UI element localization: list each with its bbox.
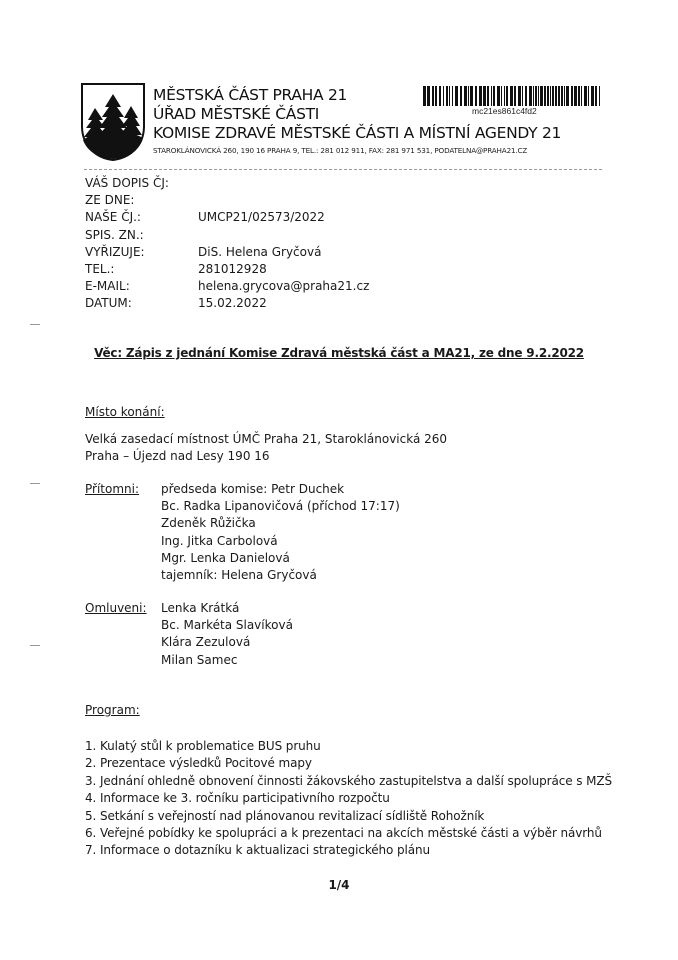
excused-name: Lenka Krátká [161,600,293,617]
org-name-line-2: ÚŘAD MĚSTSKÉ ČÁSTI [153,105,319,123]
excused-name: Klára Zezulová [161,634,293,651]
program-item: 6. Veřejné pobídky ke spolupráci a k pre… [85,825,612,842]
program-list: 1. Kulatý stůl k problematice BUS pruhu2… [85,738,612,860]
excused-list: Lenka KrátkáBc. Markéta SlavíkováKlára Z… [161,600,293,669]
org-name-line-3: KOMISE ZDRAVÉ MĚSTSKÉ ČÁSTI A MÍSTNÍ AGE… [153,124,561,142]
reference-row: SPIS. ZN.: [85,227,369,244]
reference-value: 15.02.2022 [198,295,267,312]
attendee-name: předseda komise: Petr Duchek [161,481,400,498]
reference-label: NAŠE ČJ.: [85,209,198,226]
program-item: 2. Prezentace výsledků Pocitové mapy [85,755,612,772]
reference-label: TEL.: [85,261,198,278]
reference-label: VÁŠ DOPIS ČJ: [85,175,198,192]
reference-label: DATUM: [85,295,198,312]
program-item: 5. Setkání s veřejností nad plánovanou r… [85,808,612,825]
reference-row: VYŘIZUJE:DiS. Helena Gryčová [85,244,369,261]
scan-mark [30,324,40,325]
attendee-name: tajemník: Helena Gryčová [161,567,400,584]
program-label: Program: [85,703,140,717]
reference-row: VÁŠ DOPIS ČJ: [85,175,369,192]
reference-block: VÁŠ DOPIS ČJ:ZE DNE:NAŠE ČJ.:UMCP21/0257… [85,175,369,313]
attendees-section: Přítomni: předseda komise: Petr DuchekBc… [85,481,400,584]
program-item: 1. Kulatý stůl k problematice BUS pruhu [85,738,612,755]
scan-mark [30,645,40,646]
reference-value: helena.grycova@praha21.cz [198,278,369,295]
program-item: 4. Informace ke 3. ročníku participativn… [85,790,612,807]
coat-of-arms-logo-icon [80,82,146,162]
reference-value: 281012928 [198,261,267,278]
place-line: Praha – Újezd nad Lesy 190 16 [85,448,447,465]
program-item: 7. Informace o dotazníku k aktualizaci s… [85,842,612,859]
reference-label: ZE DNE: [85,192,198,209]
excused-name: Milan Samec [161,652,293,669]
attendees-label: Přítomni: [85,481,161,584]
subject-heading: Věc: Zápis z jednání Komise Zdravá městs… [0,346,678,360]
attendee-name: Zdeněk Růžička [161,515,400,532]
reference-row: E-MAIL:helena.grycova@praha21.cz [85,278,369,295]
reference-row: NAŠE ČJ.:UMCP21/02573/2022 [85,209,369,226]
excused-section: Omluveni: Lenka KrátkáBc. Markéta Slavík… [85,600,293,669]
reference-row: DATUM:15.02.2022 [85,295,369,312]
reference-row: TEL.:281012928 [85,261,369,278]
attendee-name: Bc. Radka Lipanovičová (příchod 17:17) [161,498,400,515]
attendee-name: Ing. Jitka Carbolová [161,533,400,550]
reference-row: ZE DNE: [85,192,369,209]
place-address: Velká zasedací místnost ÚMČ Praha 21, St… [85,431,447,465]
place-line: Velká zasedací místnost ÚMČ Praha 21, St… [85,431,447,448]
attendees-list: předseda komise: Petr DuchekBc. Radka Li… [161,481,400,584]
place-label: Místo konání: [85,405,165,419]
reference-value: UMCP21/02573/2022 [198,209,325,226]
reference-value: DiS. Helena Gryčová [198,244,321,261]
reference-label: VYŘIZUJE: [85,244,198,261]
attendee-name: Mgr. Lenka Danielová [161,550,400,567]
excused-label: Omluveni: [85,600,161,669]
barcode-icon [423,86,600,106]
header-divider [84,169,602,170]
org-name-line-1: MĚSTSKÁ ČÁST PRAHA 21 [153,86,347,104]
page-number: 1/4 [0,878,678,892]
org-address: STAROKLÁNOVICKÁ 260, 190 16 PRAHA 9, TEL… [153,146,527,155]
excused-name: Bc. Markéta Slavíková [161,617,293,634]
reference-label: E-MAIL: [85,278,198,295]
reference-label: SPIS. ZN.: [85,227,198,244]
barcode-text: mc21es861c4fd2 [472,106,537,116]
scan-mark [30,483,40,484]
program-item: 3. Jednání ohledně obnovení činnosti žák… [85,773,612,790]
